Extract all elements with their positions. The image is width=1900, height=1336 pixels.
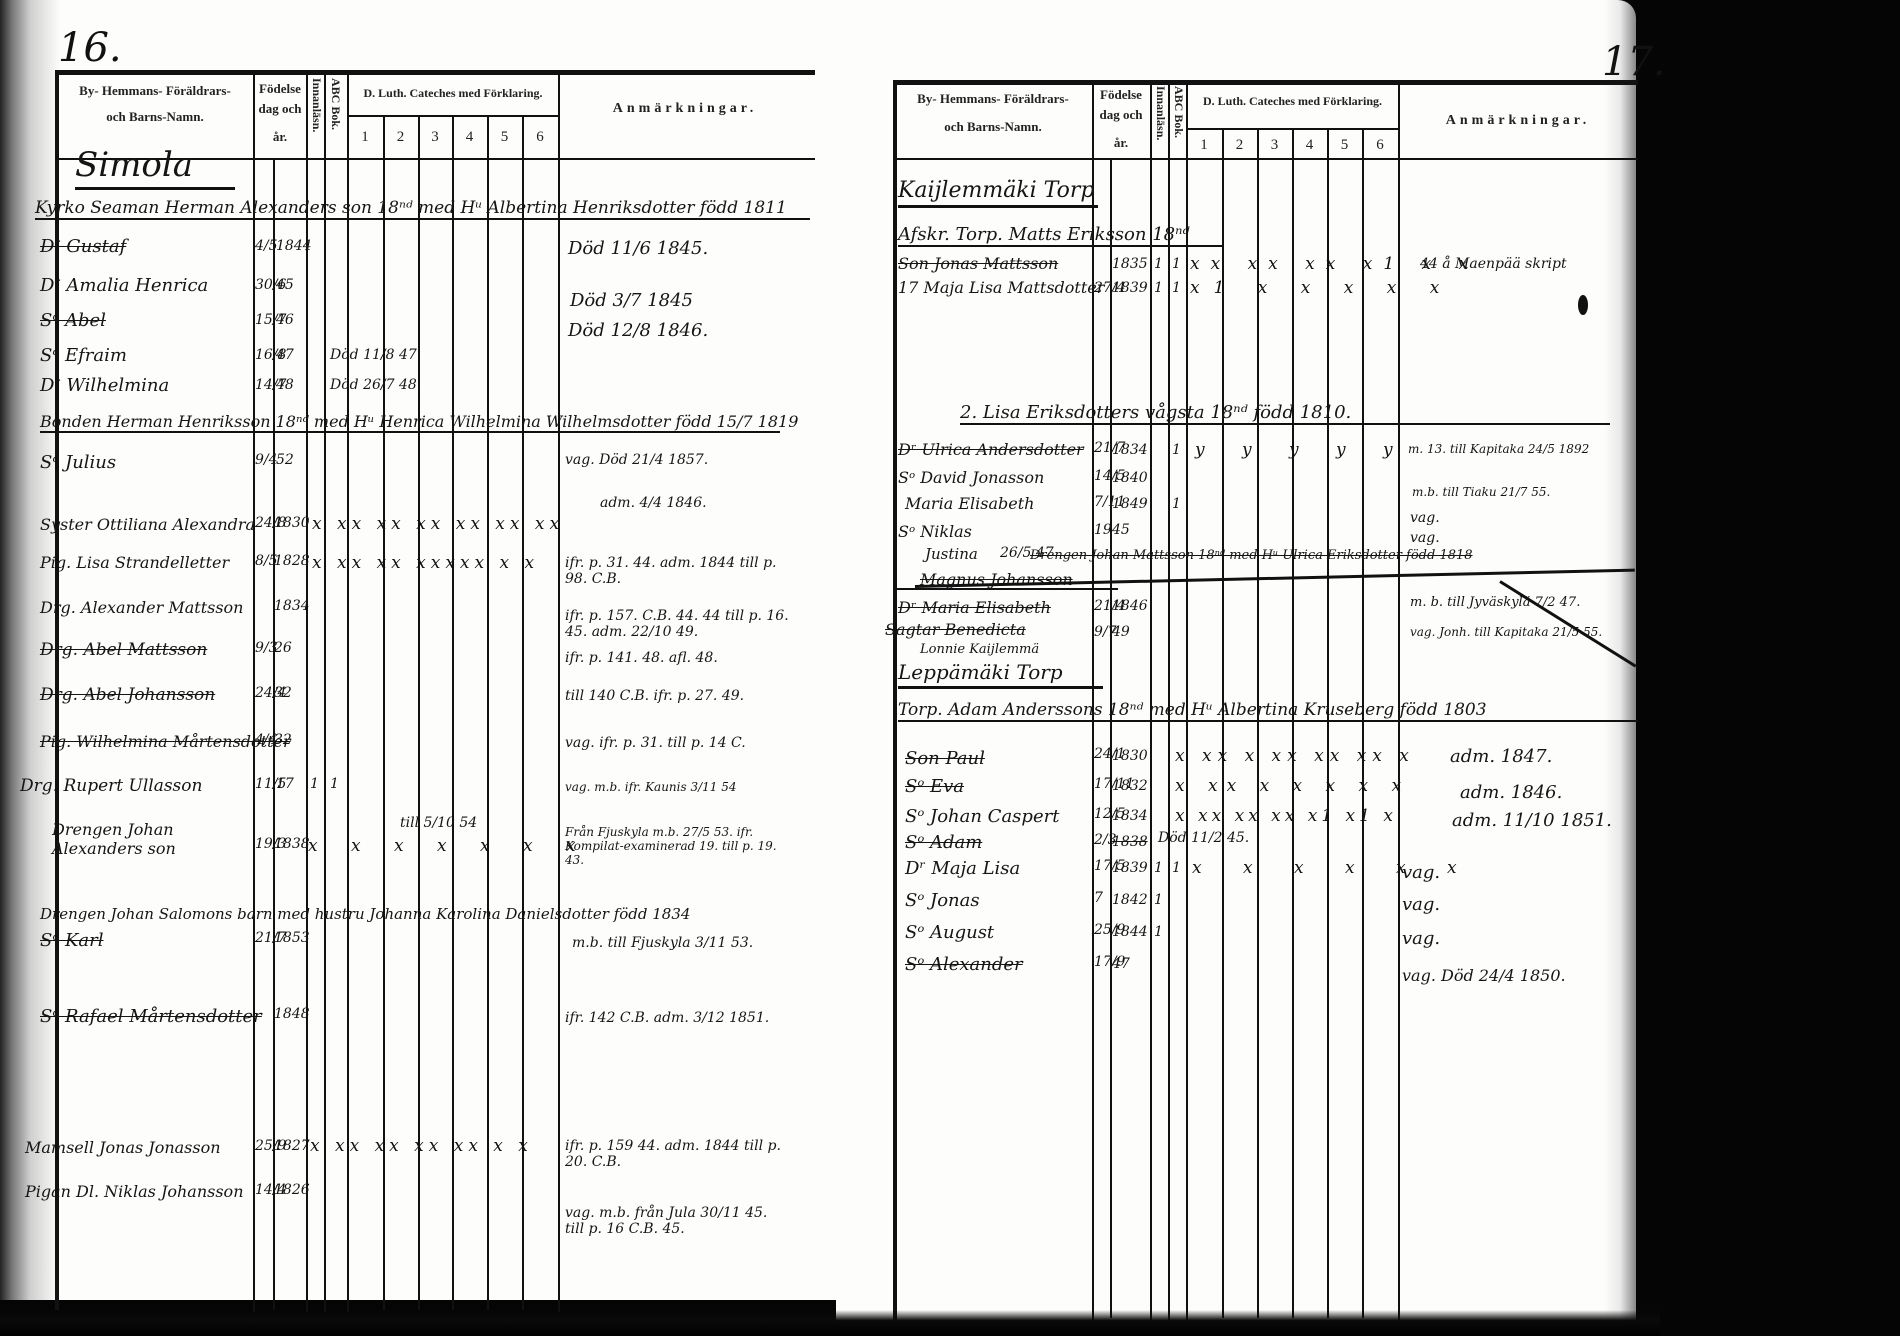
col-divider-cat5 [487, 115, 489, 1310]
entry-birth-year: 32 [274, 685, 292, 701]
table-left-border [893, 80, 897, 1320]
entry-name: Dʳ Maja Lisa [905, 858, 1020, 879]
entry-remarks: adm. 1846. [1460, 782, 1562, 803]
entry-birth-year: 1835 [1112, 256, 1148, 272]
entry-birth-day: 9/4 [255, 452, 278, 468]
header-catechism: D. Luth. Cateches med Förklaring. [1187, 92, 1398, 110]
entry-birth-year: 1838 [274, 836, 310, 852]
entry-name: Dʳ Maria Elisabeth [898, 598, 1051, 617]
entry-name: 17 Maja Lisa Mattsdotter [898, 278, 1104, 297]
header-cat-1: 1 [1186, 136, 1222, 154]
entry-remarks: ifr. p. 141. 48. afl. 48. [565, 650, 718, 666]
entry-remarks: m. b. till Jyväskylä 7/2 47. [1410, 595, 1580, 610]
table-top-rule [893, 80, 1638, 85]
entry-birth-year: 1842 [1112, 892, 1148, 908]
entry-birth-year: 1832 [1112, 778, 1148, 794]
header-cat-3: 3 [1257, 136, 1292, 154]
entry-remarks: vag. [1410, 530, 1440, 546]
entry-birth-year: 45 [276, 277, 294, 293]
entry-remarks: vag. Död 24/4 1850. [1402, 966, 1582, 985]
entry-birth-day: 4/5 [255, 238, 278, 254]
entry-remarks: m.b. till Tiaku 21/7 55. [1412, 485, 1550, 499]
entry-birth-year: 46 [276, 312, 294, 328]
entry-birth-year: 26 [274, 640, 292, 656]
entry-name: Sᵒ Karl [40, 930, 104, 951]
entry-birth-year: 1827 [274, 1138, 310, 1154]
col-divider-cat6 [522, 115, 524, 1310]
scan-bottom-edge [0, 1310, 1660, 1336]
header-bottom-rule [893, 158, 1638, 160]
entry-remarks: vag. Död 21/4 1857. [565, 452, 708, 468]
entry-remarks: vag. [1402, 928, 1440, 949]
col-divider-cat4 [452, 115, 454, 1310]
entry-name: Sᵒ David Jonasson [898, 468, 1044, 487]
entry-name: Pig. Wilhelmina Mårtensdotter [40, 732, 291, 751]
entry-remarks: vag. m.b. från Jula 30/11 45. till p. 16… [565, 1205, 790, 1237]
page-number-left: 16. [58, 28, 122, 68]
entry-birth-year: 52 [276, 452, 294, 468]
entry-birth-year: 1839 [1112, 860, 1148, 876]
entry-name: Dʳ Gustaf [40, 236, 126, 257]
entry-remarks: vag. ifr. p. 31. till p. 14 C. [565, 735, 746, 751]
entry-remarks: vag. [1410, 510, 1440, 526]
entry-name: Sagtar Benedicta [885, 620, 1026, 639]
entry-birth-year: 47 [1112, 956, 1130, 972]
entry-catechism-marks: x xx xx xx xx x x [310, 1136, 533, 1156]
entry-reading-mark: 1 [310, 776, 319, 792]
header-name-line1: By- Hemmans- Föräldrars- [60, 82, 250, 100]
entry-name: Sᵒ Eva [905, 776, 964, 797]
entry-remarks-extra: adm. 4/4 1846. [600, 495, 707, 511]
header-cat-2: 2 [1222, 136, 1257, 154]
col-divider-birth-year [1110, 158, 1112, 1318]
entry-remarks: ifr. p. 31. 44. adm. 1844 till p. 98. C.… [565, 555, 790, 587]
entry-name: Drg. Abel Mattsson [40, 640, 207, 660]
entry-column-note: Död 26/7 48. [330, 377, 421, 393]
entry-name: Syster Ottiliana Alexandra [40, 515, 255, 534]
header-reading: Innanläsn. [1152, 86, 1170, 156]
entry-catechism-marks: x x x x x x x [308, 836, 590, 856]
entry-birth-year: 1849 [1112, 496, 1148, 512]
household-line: Torp. Adam Anderssons 18ⁿᵈ med Hᵘ Albert… [898, 700, 1638, 722]
household-line: Drengen Johan Salomons barn med hustru J… [40, 905, 690, 923]
header-birth-line2: dag och [254, 100, 306, 118]
entry-name: Sᵒ Alexander [905, 954, 1023, 975]
entry-name: Son Jonas Mattsson [898, 254, 1058, 273]
entry-name: Sᵒ Niklas [898, 522, 972, 541]
header-name-line2: och Barns-Namn. [60, 108, 250, 126]
entry-name: Sᵒ Abel [40, 310, 106, 331]
entry-name: Sᵒ Julius [40, 452, 116, 473]
entry-name: Pigan Dl. Niklas Johansson [25, 1182, 244, 1201]
entry-remarks: vag. Jonh. till Kapitaka 21/5 55. [1410, 625, 1602, 639]
entry-birth-year: 17 [276, 776, 294, 792]
entry-birth-year: 45 [1112, 522, 1130, 538]
entry-remarks: adm. 11/10 1851. [1452, 810, 1612, 831]
entry-birth-year: 49 [1112, 624, 1130, 640]
household-line: Bonden Herman Henriksson 18ⁿᵈ med Hᵘ Hen… [40, 412, 780, 433]
entry-name: Son Paul [905, 748, 985, 769]
entry-reading-mark: 1 [1154, 860, 1163, 876]
entry-name: Sᵒ August [905, 922, 994, 943]
header-catechism: D. Luth. Cateches med Förklaring. [348, 84, 558, 102]
header-cat-3: 3 [418, 128, 452, 146]
entry-catechism-marks: y y y y y [1195, 440, 1409, 460]
entry-catechism-marks: x xx xx xxxxx x x [312, 553, 539, 573]
col-divider-cat4 [1292, 128, 1294, 1318]
entry-name: Dʳ Wilhelmina [40, 375, 169, 396]
header-cat-6: 6 [1362, 136, 1398, 154]
entry-birth-year: 1834 [274, 598, 310, 614]
household-line: Kyrko Seaman Herman Alexanders son 18ⁿᵈ … [35, 198, 810, 220]
entry-abc-mark: 1 [1172, 280, 1181, 296]
col-divider-cat5 [1327, 128, 1329, 1318]
entry-abc-mark: 1 [1172, 496, 1181, 512]
entry-name: Dʳ Amalia Henrica [40, 275, 208, 296]
entry-column-note: till 5/10 54 [400, 815, 477, 831]
entry-name: Maria Elisabeth [905, 494, 1034, 513]
entry-name: Drg. Alexander Mattsson [40, 598, 243, 617]
col-divider-cat6 [1362, 128, 1364, 1318]
entry-catechism-marks: x xx xx xx xx xx xx [312, 514, 564, 534]
entry-name: Dʳ Ulrica Andersdotter [898, 440, 1084, 459]
table-top-rule [55, 70, 815, 75]
col-divider-cat1 [347, 72, 349, 1312]
entry-remarks: m.b. till Fjuskyla 3/11 53. [572, 935, 753, 951]
page-number-right: 17. [1602, 42, 1666, 82]
entry-remarks: 44 å Maenpää skript [1420, 256, 1567, 272]
entry-birth-year: 1838 [1112, 834, 1148, 850]
entry-birth-year: 48 [276, 377, 294, 393]
col-divider-cat3 [418, 115, 420, 1310]
farm-name-kaijlemmaki: Kaijlemmäki Torp [898, 178, 1098, 208]
header-cat-4: 4 [1292, 136, 1327, 154]
header-reading: Innanläsn. [308, 78, 326, 156]
header-cat-6: 6 [522, 128, 558, 146]
entry-birth-year: 1853 [274, 930, 310, 946]
entry-birth-year: 1828 [274, 553, 310, 569]
entry-birth-year: 47 [276, 347, 294, 363]
entry-remarks: Från Fjuskyla m.b. 27/5 53. ifr. Kompila… [565, 825, 790, 867]
entry-remarks: vag. [1402, 862, 1440, 883]
entry-birth-year: 1848 [274, 1006, 310, 1022]
entry-name: Lonnie Kaijlemmä [920, 642, 1039, 657]
entry-birth-year: 1834 [1112, 442, 1148, 458]
header-birth-line1: Födelse [1093, 86, 1149, 104]
entry-remarks: Död 11/6 1845. [568, 238, 708, 259]
header-name-line2: och Barns-Namn. [898, 118, 1088, 136]
header-cat-1: 1 [347, 128, 383, 146]
entry-catechism-marks: x xx x xx xx xx x [1175, 746, 1415, 766]
entry-reading-mark: 1 [1154, 256, 1163, 272]
entry-reading-mark: 1 [1154, 924, 1163, 940]
col-divider-cat3 [1257, 128, 1259, 1318]
entry-remarks: vag. m.b. ifr. Kaunis 3/11 54 [565, 780, 737, 794]
entry-name: Sᵒ Efraim [40, 345, 127, 366]
entry-name: Drg. Rupert Ullasson [20, 776, 202, 796]
header-cat-2: 2 [383, 128, 418, 146]
entry-column-note: Död 11/2 45. [1158, 830, 1249, 846]
entry-birth-year: 1844 [276, 238, 312, 254]
entry-birth-year: 32 [274, 732, 292, 748]
entry-name: Mamsell Jonas Jonasson [25, 1138, 221, 1157]
header-birth-line2: dag och [1093, 106, 1149, 124]
col-divider-remarks [558, 72, 560, 1312]
entry-name: Pig. Lisa Strandelletter [40, 553, 229, 572]
header-remarks: Anmärkningar. [1400, 112, 1636, 130]
entry-remarks: till 140 C.B. ifr. p. 27. 49. [565, 688, 744, 704]
entry-name: Drengen Johan Alexanders son [52, 820, 252, 858]
entry-catechism-marks: x xx xx xx x1 x1 x [1175, 806, 1397, 826]
entry-birth-year: 1839 [1112, 280, 1148, 296]
entry-birth-year: 1826 [274, 1182, 310, 1198]
header-abc: ABC Bok. [327, 78, 345, 156]
entry-column-note: Död 11/8 47. [330, 347, 421, 363]
col-divider-reading [306, 72, 308, 1312]
header-birth-line3: år. [1093, 134, 1149, 152]
entry-remarks: adm. 1847. [1450, 746, 1552, 767]
entry-catechism-marks: x xx x x x x x [1175, 776, 1410, 796]
entry-reading-mark: 1 [1154, 892, 1163, 908]
col-divider-abc [324, 72, 326, 1312]
entry-name: Sᵒ Rafael Mårtensdotter [40, 1006, 262, 1027]
entry-name: Drg. Abel Johansson [40, 685, 215, 705]
ink-blot [1578, 295, 1588, 315]
header-remarks: Anmärkningar. [560, 100, 810, 118]
entry-reading-mark: 1 [1154, 280, 1163, 296]
header-birth-line1: Födelse [254, 80, 306, 98]
entry-abc-mark: 1 [1172, 442, 1181, 458]
col-divider-cat2 [383, 115, 385, 1310]
entry-catechism-marks: x1 x x x x x [1190, 278, 1453, 298]
household-note: Drengen Johan Mattsson 18ⁿᵈ med Hᵘ Ulric… [1030, 548, 1473, 563]
entry-abc-mark: 1 [330, 776, 339, 792]
header-name-line1: By- Hemmans- Föräldrars- [898, 90, 1088, 108]
col-divider-cat2 [1222, 128, 1224, 1318]
entry-birth-year: 1846 [1112, 598, 1148, 614]
entry-abc-mark: 1 [1172, 256, 1181, 272]
entry-name: Sᵒ Johan Caspert [905, 806, 1059, 827]
entry-remarks: ifr. 142 C.B. adm. 3/12 1851. [565, 1010, 769, 1026]
header-cat-5: 5 [487, 128, 522, 146]
entry-remarks: Död 12/8 1846. [568, 320, 708, 341]
entry-name: Sᵒ Adam [905, 832, 982, 853]
entry-remarks: m. 13. till Kapitaka 24/5 1892 [1408, 442, 1589, 456]
entry-birth-day: 7 [1094, 890, 1103, 906]
entry-name: Justina [925, 545, 978, 563]
entry-birth-year: 1844 [1112, 924, 1148, 940]
entry-remarks: ifr. p. 157. C.B. 44. 44 till p. 16. 45.… [565, 608, 790, 640]
entry-remarks: Död 3/7 1845 [570, 290, 693, 311]
household-line: Afskr. Torp. Matts Eriksson 18ⁿᵈ [898, 224, 1223, 247]
entry-birth-year: 1830 [1112, 748, 1148, 764]
entry-remarks: ifr. p. 159 44. adm. 1844 till p. 20. C.… [565, 1138, 790, 1170]
farm-name-leppamaki: Leppämäki Torp [898, 660, 1103, 689]
entry-birth-year: 1830 [274, 515, 310, 531]
header-birth-line3: år. [254, 128, 306, 146]
entry-birth-day: 19 [1094, 522, 1112, 538]
entry-name: Sᵒ Jonas [905, 890, 980, 911]
farm-name-simola: Simola [75, 145, 235, 190]
entry-birth-year: 1834 [1112, 808, 1148, 824]
entry-abc-mark: 1 [1172, 860, 1181, 876]
entry-remarks: vag. [1402, 894, 1440, 915]
header-cat-4: 4 [452, 128, 487, 146]
header-cat-5: 5 [1327, 136, 1362, 154]
household-line: 2. Lisa Eriksdotters vågsta 18ⁿᵈ född 18… [960, 402, 1610, 425]
entry-birth-year: 1840 [1112, 470, 1148, 486]
section-rule [893, 588, 1118, 590]
